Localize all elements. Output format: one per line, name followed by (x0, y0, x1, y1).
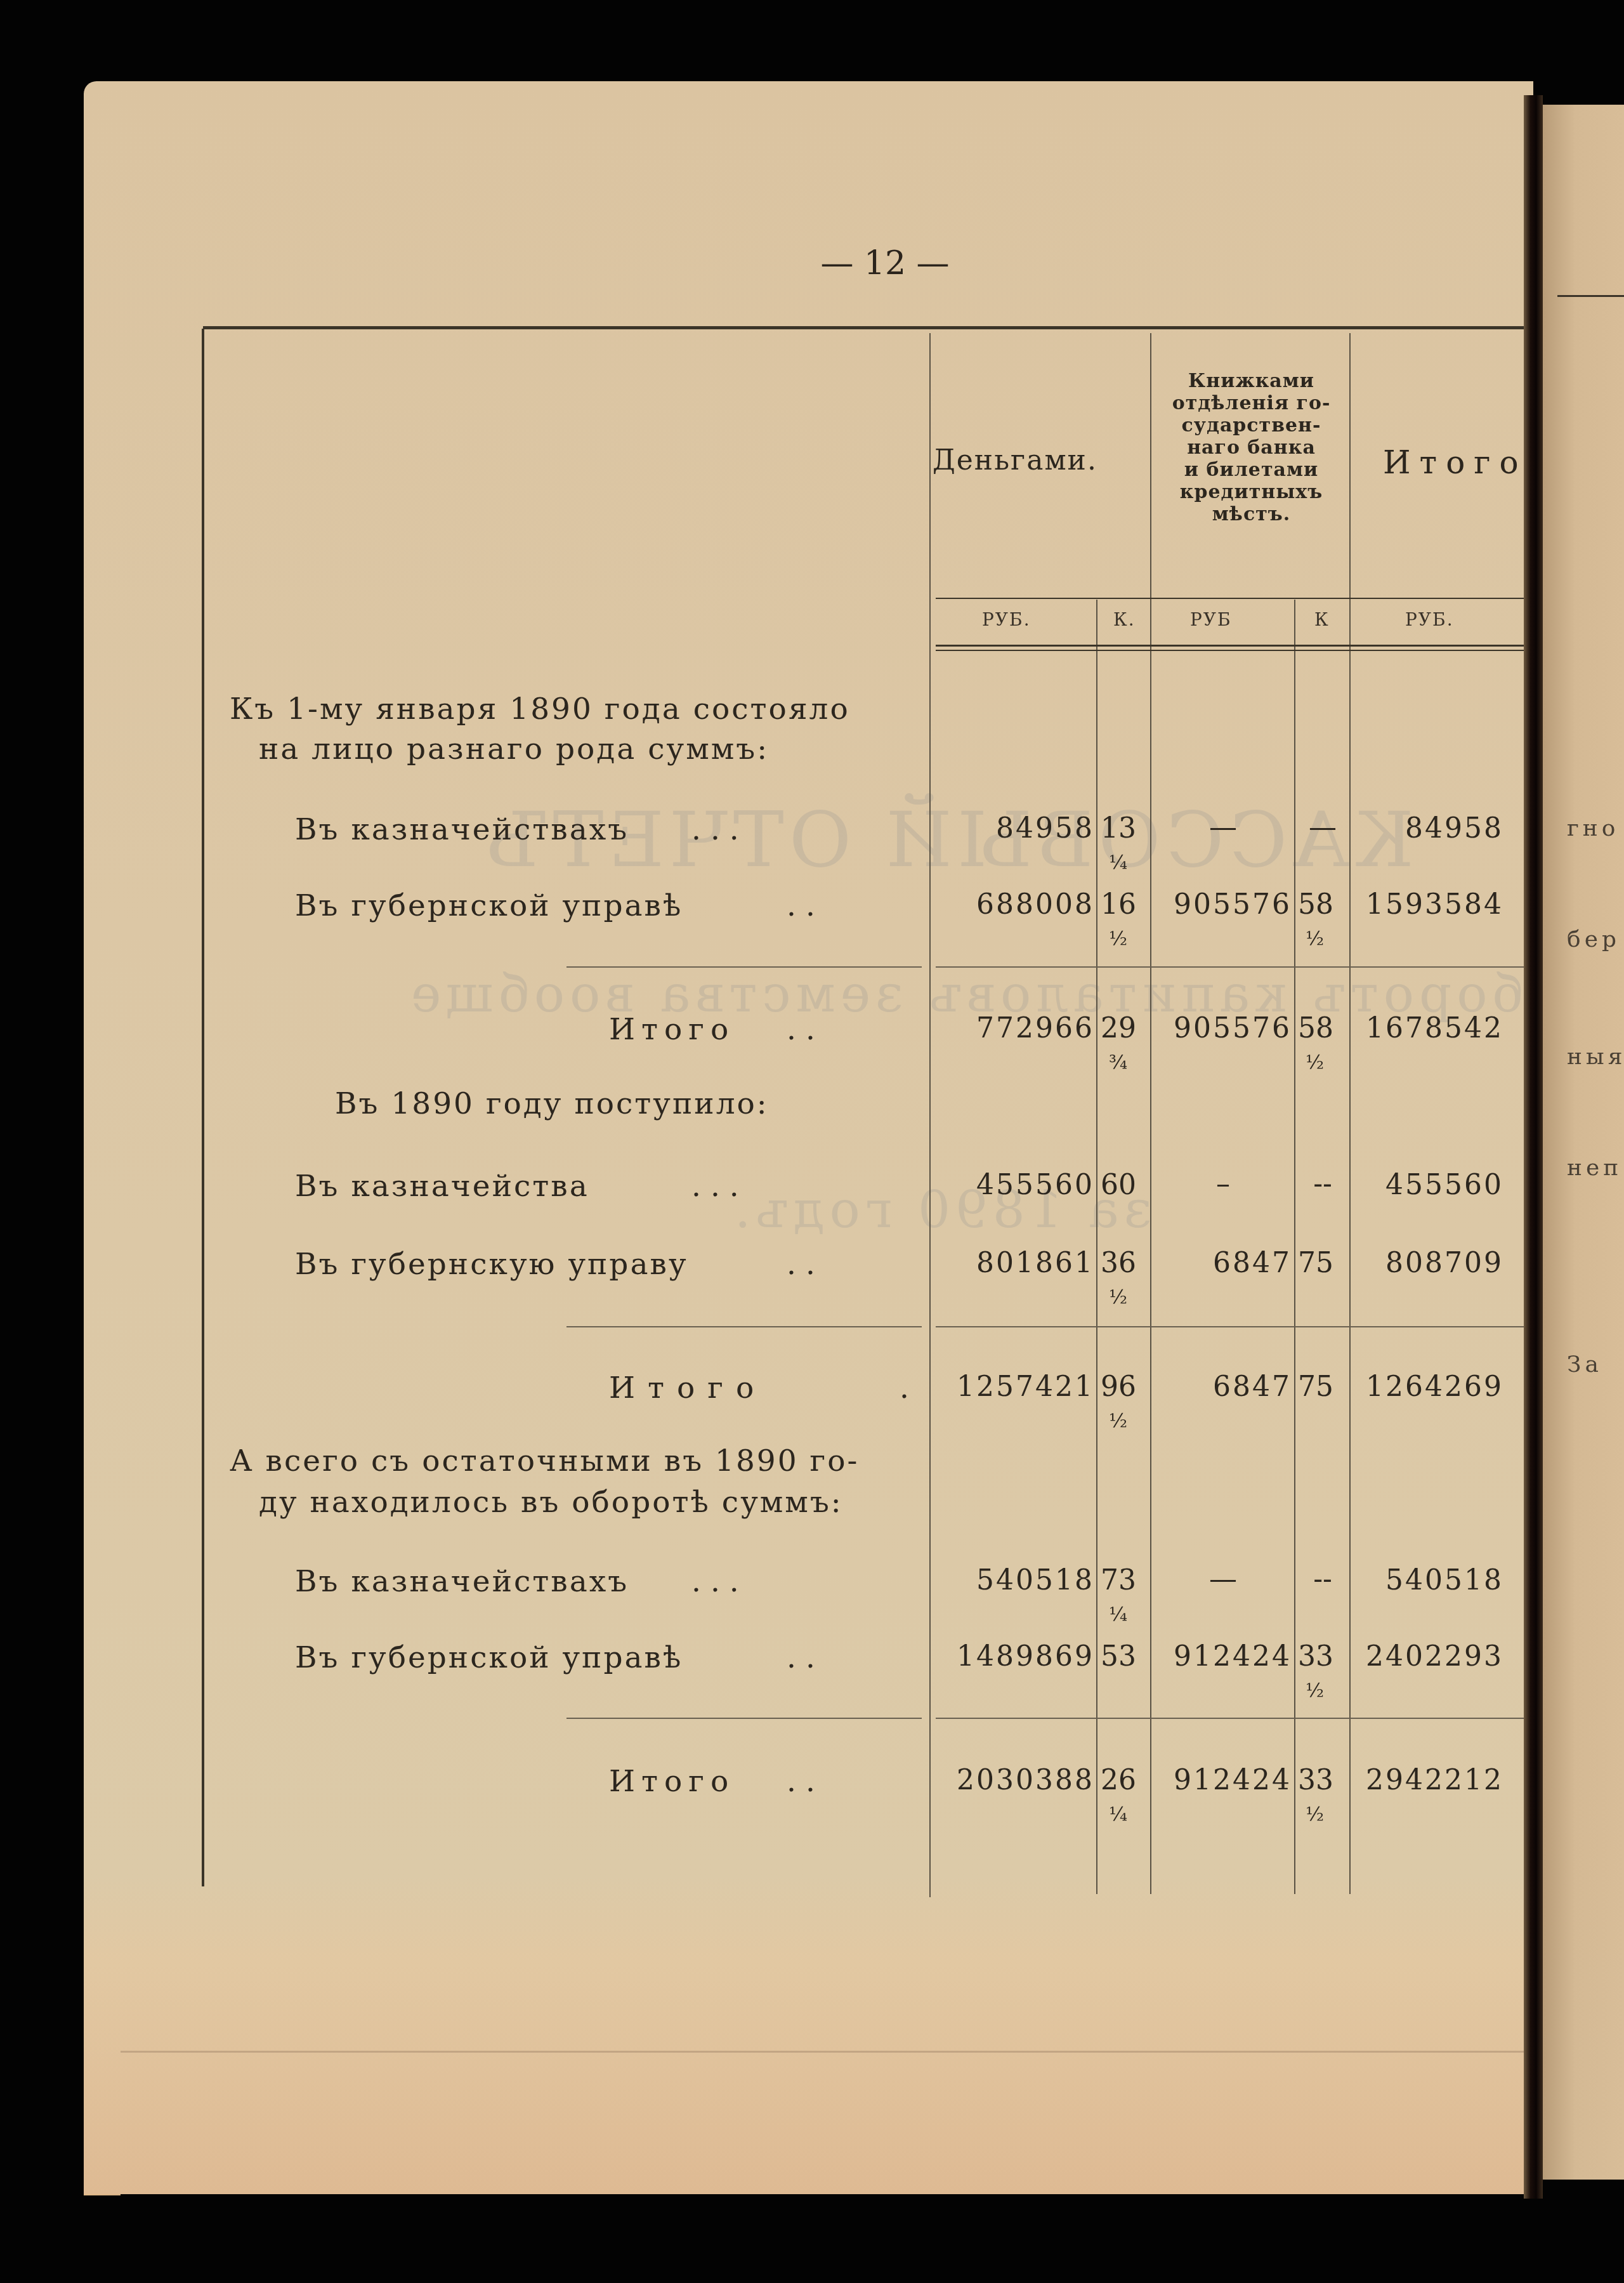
section-heading: ду находилось въ оборотѣ суммъ: (259, 1485, 843, 1520)
total-rub: 84958 (1354, 812, 1503, 845)
section-heading: Въ 1890 году поступило: (335, 1086, 769, 1121)
subtotal-rule (566, 1718, 922, 1719)
col-sep-money-kop (1096, 600, 1097, 1894)
leader-dots: . . . (691, 1564, 739, 1599)
books-rub: 6847 (1153, 1371, 1292, 1403)
facing-page-text: гно (1567, 815, 1620, 841)
books-rub: – (1153, 1168, 1293, 1200)
section-heading: на лицо разнаго рода суммъ: (259, 732, 769, 766)
header-books-line: мѣстъ. (1151, 503, 1351, 525)
total-rub: 808709 (1354, 1247, 1503, 1279)
leader-dots: . . (787, 1640, 815, 1675)
header-books-line: отдѣленія го- (1151, 392, 1351, 414)
header-books-line: Книжками (1151, 370, 1351, 392)
books-kop: -- (1297, 1563, 1348, 1595)
unit-rub: РУБ. (982, 609, 1031, 630)
page-number: — 12 — (790, 244, 980, 282)
col-sep-books-kop (1294, 600, 1295, 1894)
facing-page-text: За (1567, 1352, 1602, 1378)
leader-dots: . . . (691, 1169, 739, 1204)
leader-dots: . . (787, 1247, 815, 1282)
units-top-rule (936, 598, 1526, 599)
books-kop: 58 (1298, 1012, 1333, 1044)
subtotal-rule (936, 966, 1526, 968)
subtotal-rule (936, 1718, 1526, 1719)
books-kop: 75 (1298, 1371, 1333, 1403)
row-label: Въ казначейства (295, 1169, 589, 1204)
facing-page-rule (1557, 295, 1624, 297)
books-rub: 905576 (1153, 1012, 1292, 1044)
header-money: Деньгами. (933, 444, 1094, 477)
books-frac: ½ (1306, 1051, 1324, 1074)
table-left-rule (202, 329, 204, 1886)
money-rub: 688008 (933, 888, 1094, 921)
header-double-rule (936, 645, 1526, 647)
money-rub: 2030388 (933, 1764, 1094, 1796)
row-label: Въ казначействахъ (295, 1564, 629, 1599)
facing-page-text: бер (1567, 926, 1620, 952)
money-frac: ½ (1109, 928, 1127, 950)
total-rub: 455560 (1354, 1169, 1503, 1201)
books-frac: ½ (1306, 1803, 1324, 1826)
facing-page-text: неп (1567, 1155, 1622, 1181)
row-label: Въ губернской управѣ (295, 888, 683, 923)
books-rub: 6847 (1153, 1247, 1292, 1279)
total-rub: 2402293 (1354, 1640, 1503, 1673)
books-rub: — (1153, 811, 1293, 843)
money-kop: 96 (1101, 1371, 1136, 1403)
money-rub: 84958 (933, 812, 1094, 845)
header-books-line: сударствен- (1151, 414, 1351, 437)
money-rub: 1257421 (933, 1371, 1094, 1403)
money-frac: ¼ (1109, 1603, 1127, 1626)
total-rub: 2942212 (1354, 1764, 1503, 1796)
books-kop: -- (1297, 1168, 1348, 1200)
money-rub: 540518 (933, 1564, 1094, 1596)
col-sep-books (1150, 333, 1151, 1894)
money-kop: 13 (1101, 812, 1136, 845)
money-frac: ¼ (1109, 852, 1127, 874)
leader-dots: . . . (691, 812, 739, 847)
facing-page-text: ныя (1567, 1044, 1624, 1070)
header-books-line: наго банка (1151, 437, 1351, 459)
money-rub: 801861 (933, 1247, 1094, 1279)
books-frac: ½ (1306, 928, 1324, 950)
col-sep-total (1349, 333, 1351, 1894)
header-double-rule (936, 650, 1526, 651)
money-frac: ½ (1109, 1410, 1127, 1432)
total-label: Итого (609, 1764, 735, 1799)
money-frac: ½ (1109, 1286, 1127, 1308)
unit-rub: РУБ. (1405, 609, 1454, 630)
money-kop: 26 (1101, 1764, 1136, 1796)
subtotal-rule (936, 1326, 1526, 1327)
total-rub: 1593584 (1354, 888, 1503, 921)
section-heading: Къ 1-му января 1890 года состояло (230, 692, 850, 727)
unit-rub: РУБ (1190, 609, 1232, 630)
money-rub: 772966 (933, 1012, 1094, 1044)
row-label: Въ казначействахъ (295, 812, 629, 847)
row-label: Въ губернской управѣ (295, 1640, 683, 1675)
books-kop: 75 (1298, 1247, 1333, 1279)
facing-page (1543, 105, 1624, 2180)
money-kop: 73 (1101, 1564, 1136, 1596)
total-label: Итого (609, 1012, 735, 1047)
section-heading: А всего съ остаточными въ 1890 го- (230, 1444, 859, 1478)
subtotal-rule (566, 966, 922, 968)
money-rub: 1489869 (933, 1640, 1094, 1673)
books-frac: ½ (1306, 1680, 1324, 1702)
leader-dots: . . (787, 888, 815, 923)
money-frac: ¼ (1109, 1803, 1127, 1826)
money-kop: 29 (1101, 1012, 1136, 1044)
books-kop: 33 (1298, 1764, 1333, 1796)
money-rub: 455560 (933, 1169, 1094, 1201)
header-total: Итого (1351, 444, 1529, 481)
books-rub: 905576 (1153, 888, 1292, 921)
unit-kop: К (1314, 609, 1330, 630)
money-kop: 36 (1101, 1247, 1136, 1279)
unit-kop: К. (1113, 609, 1136, 630)
books-rub: — (1153, 1563, 1293, 1595)
header-books-line: и билетами (1151, 459, 1351, 481)
leader-dots: . (900, 1371, 909, 1405)
leader-dots: . . (787, 1764, 815, 1799)
leader-dots: . . (787, 1012, 815, 1047)
money-kop: 60 (1101, 1169, 1136, 1201)
money-kop: 53 (1101, 1640, 1136, 1673)
total-rub: 1678542 (1354, 1012, 1503, 1044)
books-kop: — (1297, 811, 1348, 843)
page-fold-line (121, 2051, 1529, 2053)
header-books: Книжками отдѣленія го- сударствен- наго … (1151, 370, 1351, 525)
books-kop: 58 (1298, 888, 1333, 921)
book-spine (1524, 95, 1543, 2199)
total-rub: 1264269 (1354, 1371, 1503, 1403)
total-label: Итого (609, 1371, 766, 1405)
header-books-line: кредитныхъ (1151, 481, 1351, 503)
subtotal-rule (566, 1326, 922, 1327)
books-rub: 912424 (1153, 1764, 1292, 1796)
money-kop: 16 (1101, 888, 1136, 921)
row-label: Въ губернскую управу (295, 1247, 688, 1282)
money-frac: ¾ (1109, 1051, 1127, 1074)
books-rub: 912424 (1153, 1640, 1292, 1673)
col-sep-label (929, 333, 931, 1897)
total-rub: 540518 (1354, 1564, 1503, 1596)
books-kop: 33 (1298, 1640, 1333, 1673)
table-top-rule (203, 326, 1529, 329)
